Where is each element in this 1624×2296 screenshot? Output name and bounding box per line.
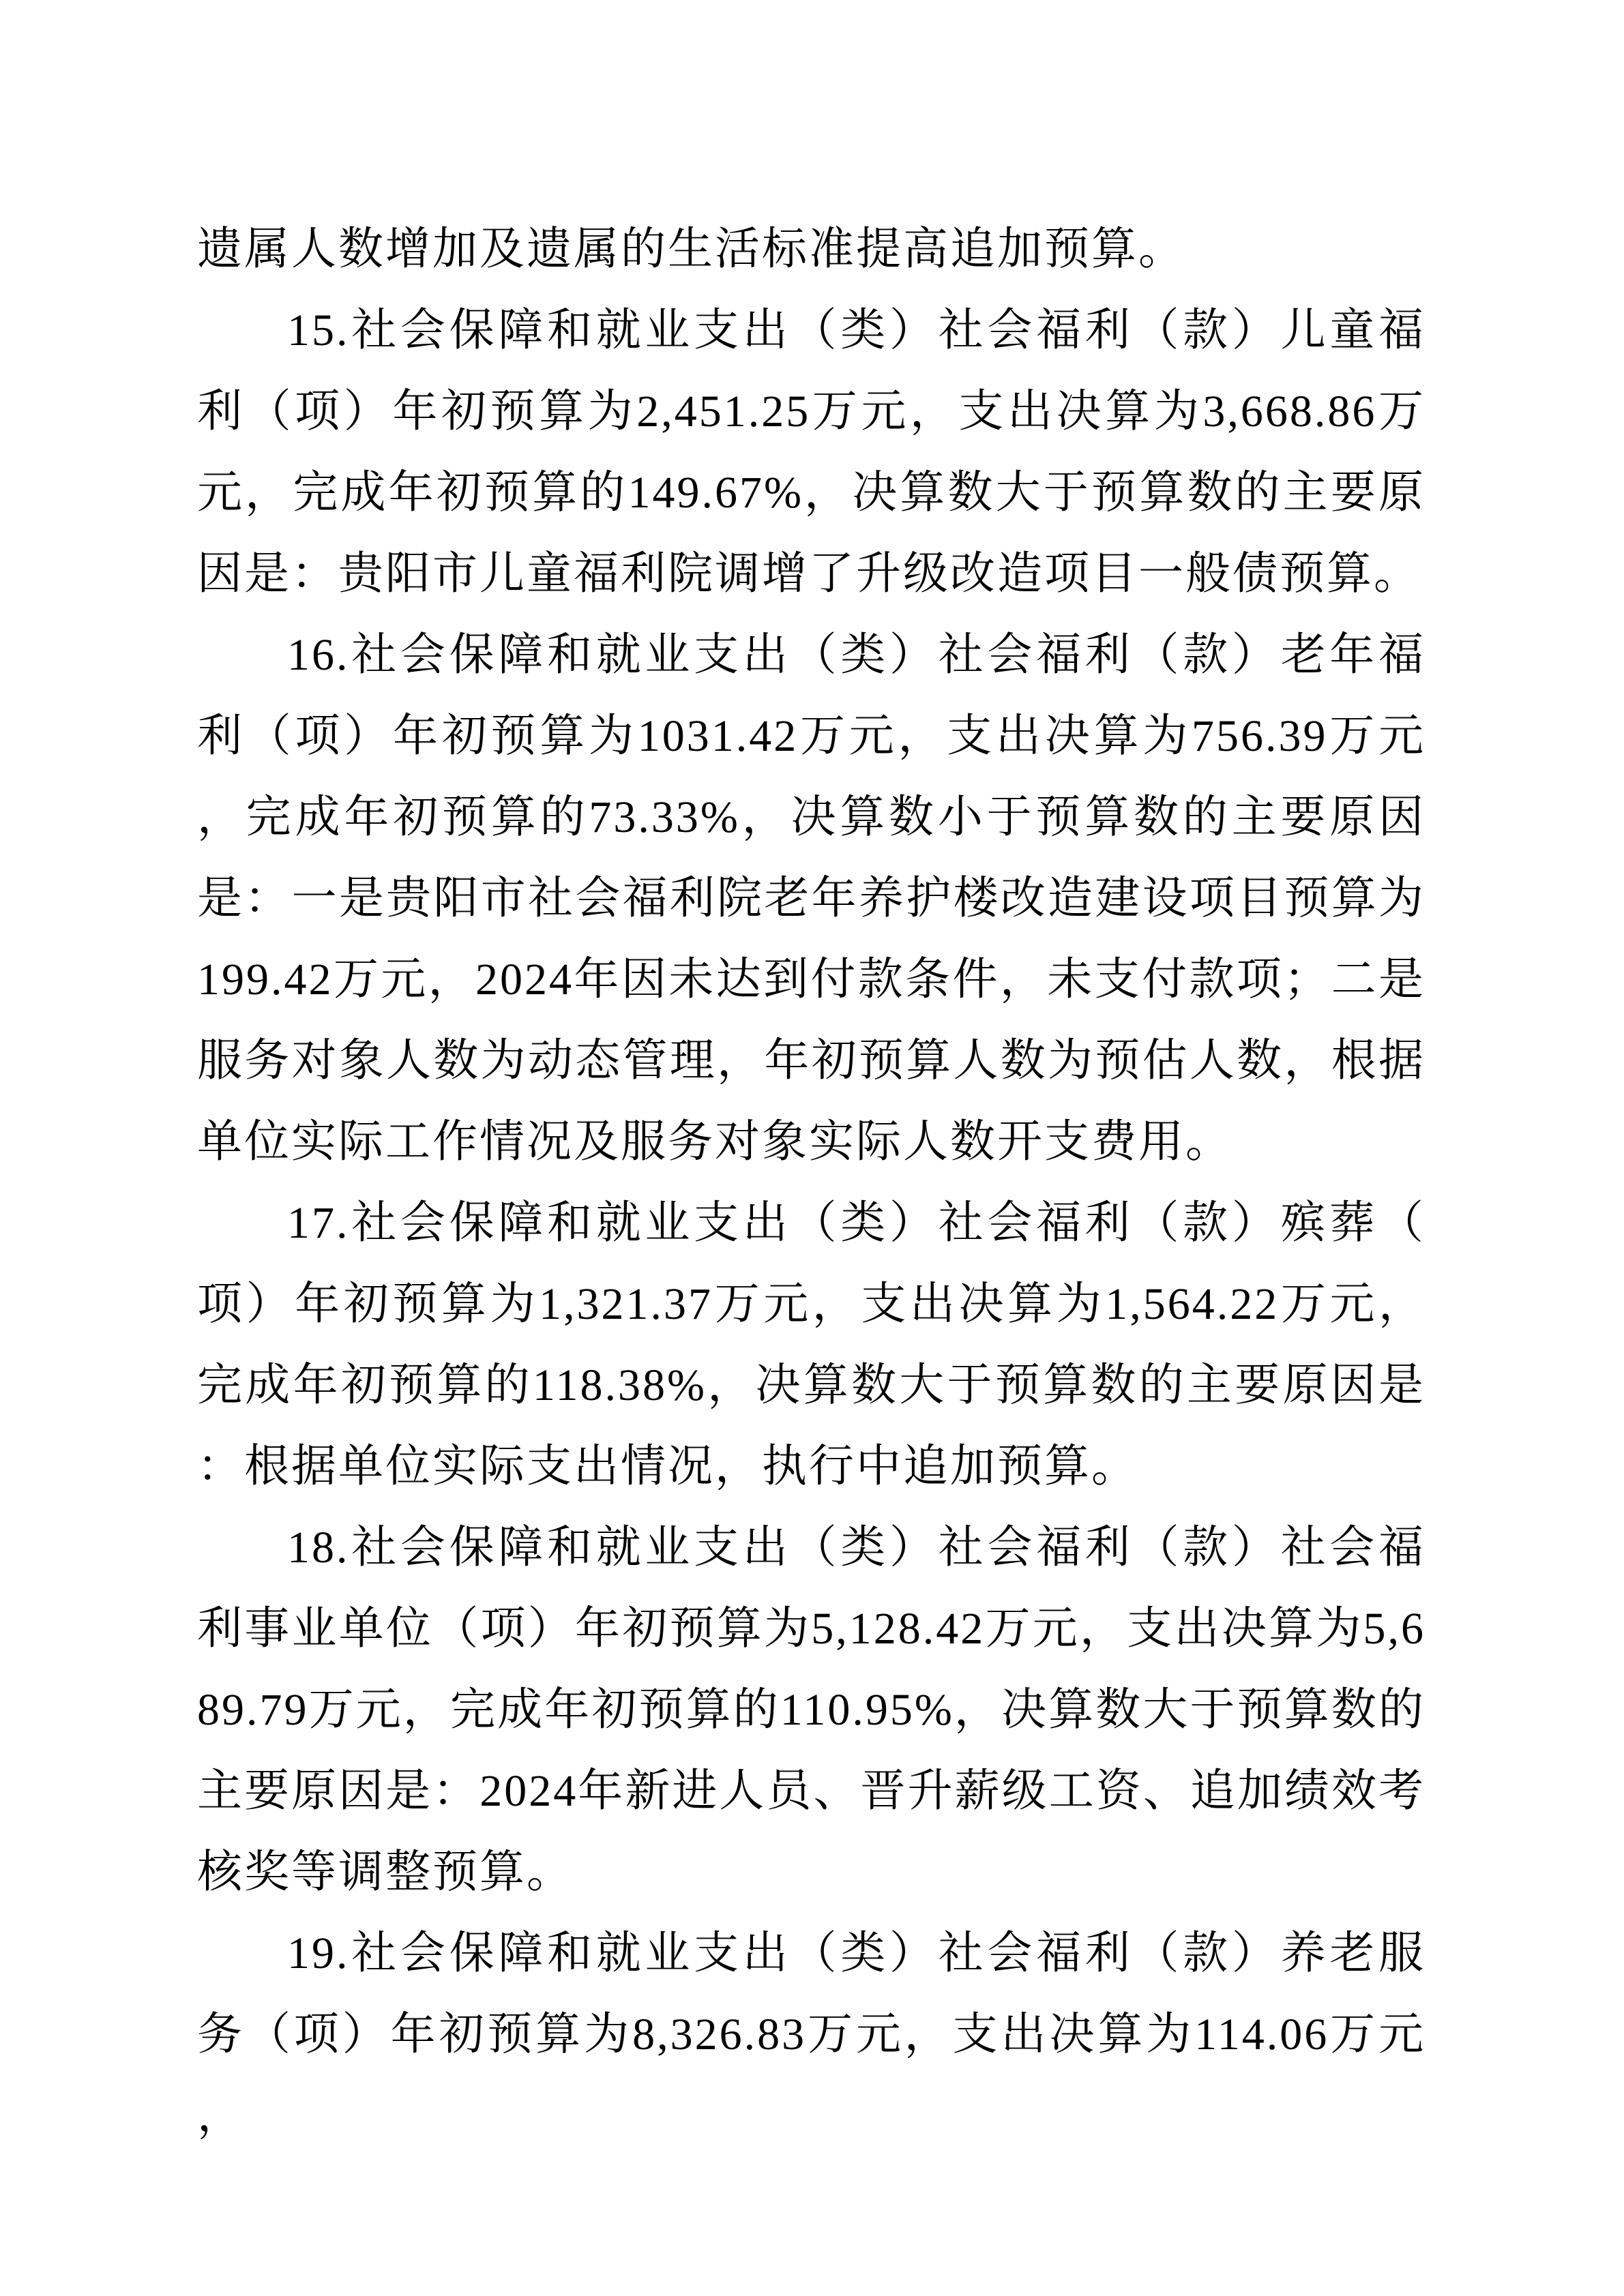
paragraph-continuation: 遗属人数增加及遗属的生活标准提高追加预算。 bbox=[197, 209, 1426, 290]
paragraph-item-19: 19.社会保障和就业支出（类）社会福利（款）养老服务（项）年初预算为8,326.… bbox=[197, 1913, 1426, 2156]
paragraph-item-15: 15.社会保障和就业支出（类）社会福利（款）儿童福利（项）年初预算为2,451.… bbox=[197, 290, 1426, 614]
paragraph-item-16: 16.社会保障和就业支出（类）社会福利（款）老年福利（项）年初预算为1031.4… bbox=[197, 614, 1426, 1182]
paragraph-item-17: 17.社会保障和就业支出（类）社会福利（款）殡葬（项）年初预算为1,321.37… bbox=[197, 1182, 1426, 1507]
paragraph-item-18: 18.社会保障和就业支出（类）社会福利（款）社会福利事业单位（项）年初预算为5,… bbox=[197, 1507, 1426, 1913]
document-page: 遗属人数增加及遗属的生活标准提高追加预算。 15.社会保障和就业支出（类）社会福… bbox=[0, 0, 1624, 2296]
